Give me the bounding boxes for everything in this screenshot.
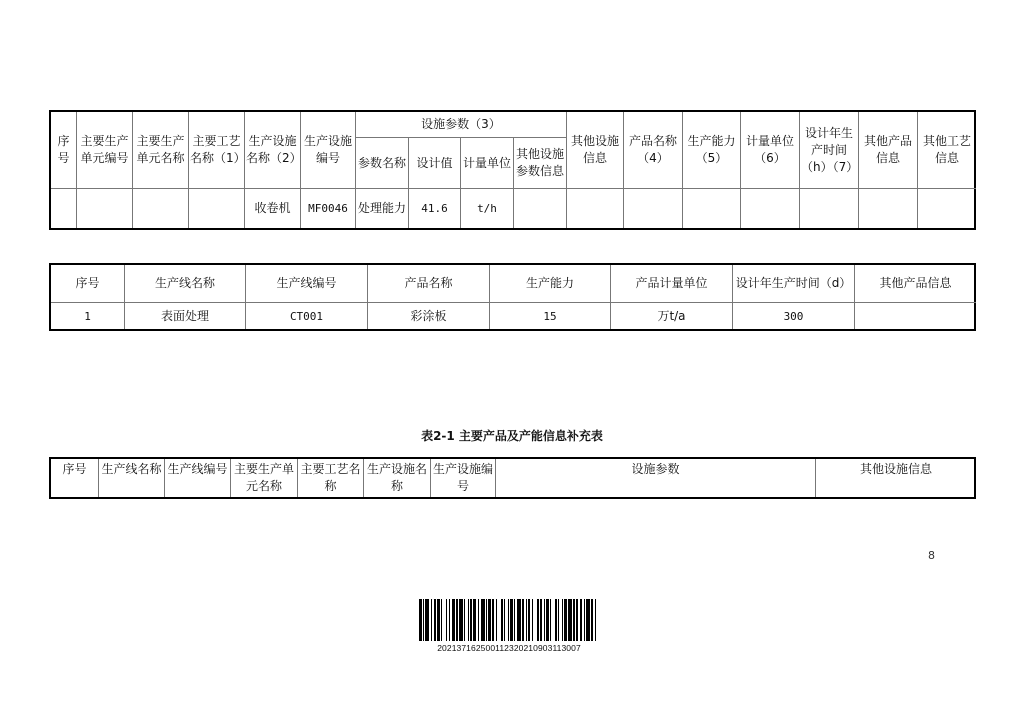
table-cell [800,189,859,228]
table-cell [683,189,741,228]
column-header: 其他工艺信息 [918,112,976,189]
column-header: 产品名称（4） [624,112,683,189]
table-cell: 处理能力 [356,189,409,228]
column-header: 主要工艺名称（1） [189,112,245,189]
table-cell: 表面处理 [125,303,246,329]
table-cell [624,189,683,228]
column-header: 其他设施信息 [567,112,624,189]
column-header: 生产设施名称 [364,459,431,497]
table-cell [918,189,976,228]
column-header: 生产能力 [490,265,611,303]
column-header: 序号 [51,265,125,303]
column-subheader: 计量单位 [461,138,514,189]
column-header: 生产线编号 [246,265,368,303]
table-cell [855,303,976,329]
table-cell: t/h [461,189,514,228]
table-cell [51,189,77,228]
column-subheader: 参数名称 [356,138,409,189]
column-header: 主要工艺名称 [298,459,364,497]
column-header: 其他设施信息 [816,459,976,497]
barcode-number: 20213716250011232021090311300​7 [419,643,599,653]
product-capacity-table: 序号生产线名称生产线编号产品名称生产能力产品计量单位设计年生产时间（d）其他产品… [49,263,976,331]
table-cell: 收卷机 [245,189,301,228]
table-cell: CT001 [246,303,368,329]
table-cell: 300 [733,303,855,329]
table-cell [133,189,189,228]
table-cell: 41.6 [409,189,461,228]
table-cell [514,189,567,228]
column-group-header: 设施参数（3） [356,112,567,138]
table-cell: 15 [490,303,611,329]
table-cell: 万t/a [611,303,733,329]
column-header: 序号 [51,459,99,497]
column-header: 生产设施编号 [301,112,356,189]
column-header: 产品名称 [368,265,490,303]
column-subheader: 其他设施参数信息 [514,138,567,189]
table-caption: 表2-1 主要产品及产能信息补充表 [0,427,1024,444]
table-cell [189,189,245,228]
table-cell: MF0046 [301,189,356,228]
column-header: 设施参数 [496,459,816,497]
column-header: 计量单位（6） [741,112,800,189]
column-header: 生产设施名称（2） [245,112,301,189]
column-header: 其他产品信息 [855,265,976,303]
column-header: 设计年生产时间（h）（7） [800,112,859,189]
column-header: 主要生产单元名称 [133,112,189,189]
column-header: 生产设施编号 [431,459,496,497]
column-header: 生产线编号 [165,459,231,497]
table-cell [77,189,133,228]
table-cell [859,189,918,228]
barcode-icon [419,599,599,641]
column-header: 主要生产单元编号 [77,112,133,189]
column-header: 生产线名称 [99,459,165,497]
table-cell [567,189,624,228]
column-header: 序号 [51,112,77,189]
supplement-table: 序号生产线名称生产线编号主要生产单元名称主要工艺名称生产设施名称生产设施编号设施… [49,457,976,499]
column-subheader: 设计值 [409,138,461,189]
column-header: 生产线名称 [125,265,246,303]
column-header: 其他产品信息 [859,112,918,189]
table-cell: 彩涂板 [368,303,490,329]
column-header: 产品计量单位 [611,265,733,303]
page-number: 8 [928,549,935,562]
facility-table: 序号主要生产单元编号主要生产单元名称主要工艺名称（1）生产设施名称（2）生产设施… [49,110,976,230]
table-cell: 1 [51,303,125,329]
column-header: 主要生产单元名称 [231,459,298,497]
column-header: 生产能力（5） [683,112,741,189]
table-cell [741,189,800,228]
column-header: 设计年生产时间（d） [733,265,855,303]
